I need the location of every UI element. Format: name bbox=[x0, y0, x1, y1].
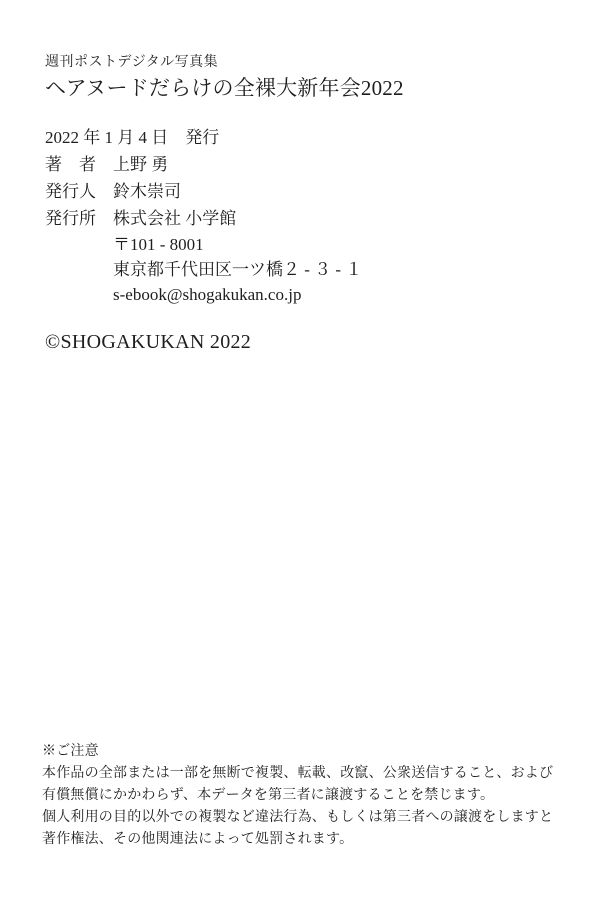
publisher-person-label: 発行人 bbox=[45, 178, 96, 205]
author-name: 上野 勇 bbox=[113, 155, 168, 174]
series-title: 週刊ポストデジタル写真集 bbox=[45, 51, 218, 71]
legal-notice-heading: ※ご注意 bbox=[42, 741, 553, 763]
book-title: ヘアヌードだらけの全裸大新年会2022 bbox=[45, 72, 404, 102]
publication-date: 2022 年 1 月 4 日 発行 bbox=[45, 124, 362, 151]
legal-notice-line: 著作権法、その他関連法によって処罰されます。 bbox=[42, 829, 553, 851]
legal-notice-line: 本作品の全部または一部を無断で複製、転載、改竄、公衆送信すること、および bbox=[42, 763, 553, 785]
legal-notice-line: 有償無償にかかわらず、本データを第三者に譲渡することを禁じます。 bbox=[42, 785, 553, 807]
address-line: 東京都千代田区一ツ橋２ - ３ - １ bbox=[113, 257, 362, 282]
publisher-company-row: 発行所株式会社 小学館 bbox=[45, 205, 362, 232]
legal-notice: ※ご注意 本作品の全部または一部を無断で複製、転載、改竄、公衆送信すること、およ… bbox=[42, 741, 553, 851]
publisher-address-block: 〒101 - 8001 東京都千代田区一ツ橋２ - ３ - １ s-ebook@… bbox=[113, 232, 362, 307]
publisher-company-name: 株式会社 小学館 bbox=[113, 209, 236, 228]
legal-notice-line: 個人利用の目的以外での複製など違法行為、もしくは第三者への譲渡をしますと bbox=[42, 807, 553, 829]
copyright-notice: ©SHOGAKUKAN 2022 bbox=[45, 331, 251, 354]
author-row: 著 者上野 勇 bbox=[45, 151, 362, 178]
publisher-person-name: 鈴木崇司 bbox=[113, 182, 181, 201]
colophon-page: 週刊ポストデジタル写真集 ヘアヌードだらけの全裸大新年会2022 2022 年 … bbox=[0, 0, 600, 901]
author-label: 著 者 bbox=[45, 151, 96, 178]
contact-email: s-ebook@shogakukan.co.jp bbox=[113, 282, 362, 307]
publisher-person-row: 発行人鈴木崇司 bbox=[45, 178, 362, 205]
postal-code: 〒101 - 8001 bbox=[113, 232, 362, 257]
publication-info: 2022 年 1 月 4 日 発行 著 者上野 勇 発行人鈴木崇司 発行所株式会… bbox=[45, 124, 362, 307]
publisher-company-label: 発行所 bbox=[45, 205, 96, 232]
